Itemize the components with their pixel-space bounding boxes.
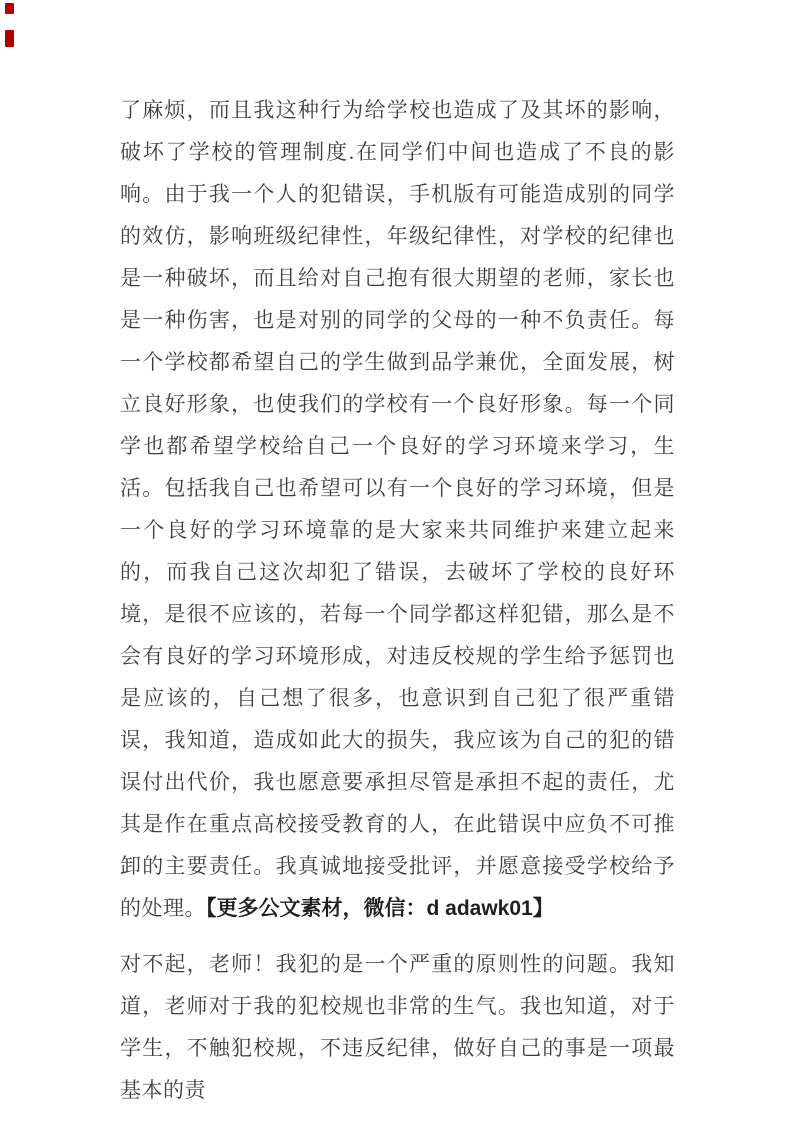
document-page: 了麻烦，而且我这种行为给学校也造成了及其坏的影响，破坏了学校的管理制度.在同学们… [0,0,793,1122]
red-corner-mark-icon [5,30,14,47]
paragraph: 了麻烦，而且我这种行为给学校也造成了及其坏的影响，破坏了学校的管理制度.在同学们… [120,89,675,930]
corner-marks [5,3,19,53]
promo-text: 【更多公文素材，微信：d adawk01】 [206,897,554,920]
red-corner-mark-icon [5,3,14,14]
paragraph-text: 对不起，老师！我犯的是一个严重的原则性的问题。我知道，老师对于我的犯校规也非常的… [120,952,675,1102]
paragraph: 对不起，老师！我犯的是一个严重的原则性的问题。我知道，老师对于我的犯校规也非常的… [120,943,675,1111]
document-body: 了麻烦，而且我这种行为给学校也造成了及其坏的影响，破坏了学校的管理制度.在同学们… [120,89,675,1122]
paragraph-text: 了麻烦，而且我这种行为给学校也造成了及其坏的影响，破坏了学校的管理制度.在同学们… [120,98,675,920]
